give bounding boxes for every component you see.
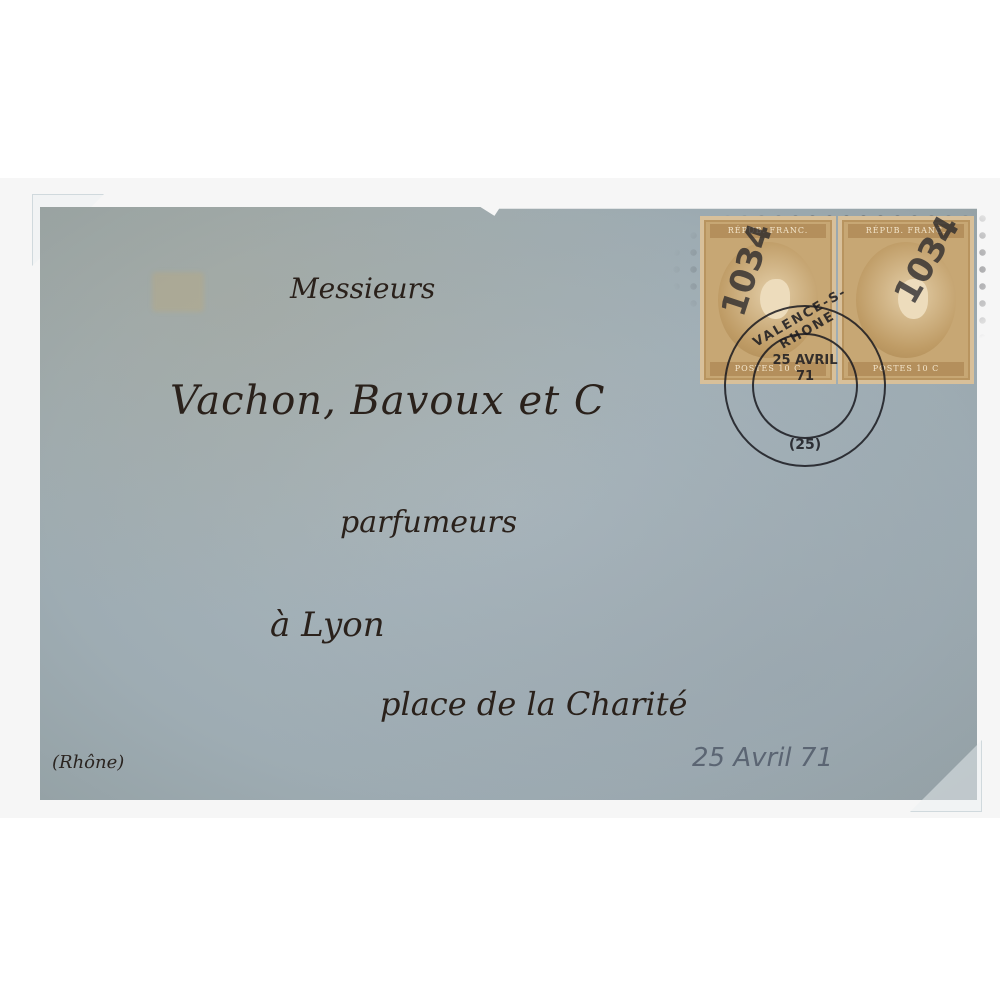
postmark-department: (25) <box>780 437 830 453</box>
postmark-date: 25 AVRIL 71 <box>772 353 838 385</box>
pencil-date-note: 25 Avril 71 <box>692 743 833 773</box>
addressee: Vachon, Bavoux et C <box>170 378 606 424</box>
circular-datestamp: VALENCE-S-RHONE 25 AVRIL 71 (25) <box>724 305 886 467</box>
street: place de la Charité <box>380 685 687 723</box>
paper-stain <box>152 272 204 312</box>
salutation: Messieurs <box>290 272 435 305</box>
trade: parfumeurs <box>340 505 517 540</box>
city: à Lyon <box>270 605 385 645</box>
department-note: (Rhône) <box>52 752 124 773</box>
